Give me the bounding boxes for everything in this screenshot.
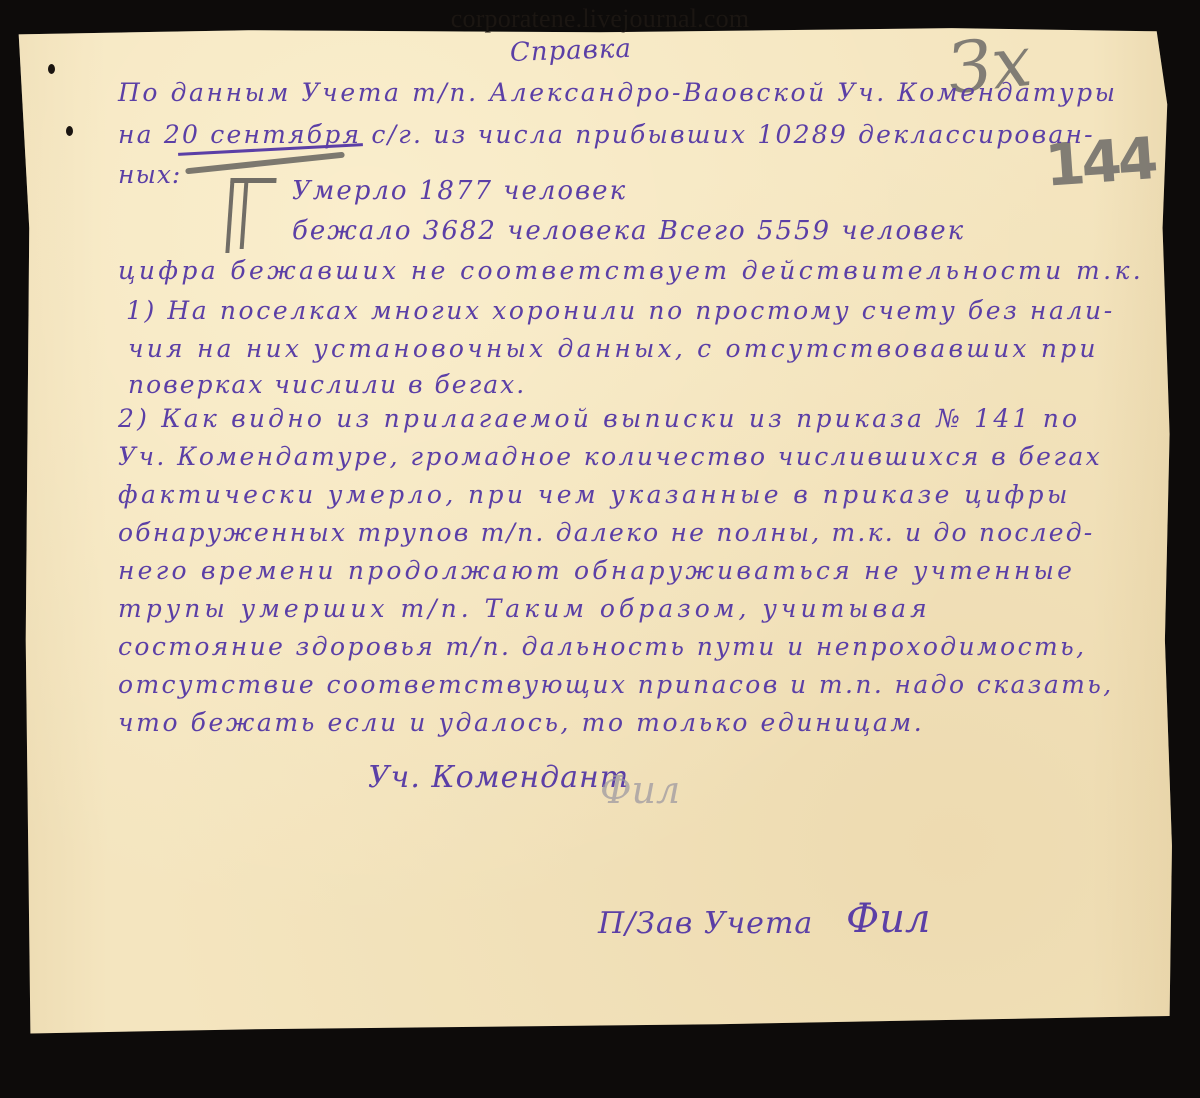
body-line: Уч. Комендатуре, громадное количество чи… [118, 442, 1102, 471]
records-head-label: П/Зав Учета [598, 906, 813, 941]
punch-hole [66, 126, 73, 136]
body-line: ных: [118, 160, 181, 189]
body-line: поверках числили в бегах. [128, 370, 526, 399]
body-line: что бежать если и удалось, то только еди… [118, 708, 924, 737]
commandant-signature: Фил [600, 768, 680, 812]
body-line: цифра бежавших не соответствует действит… [118, 256, 1144, 285]
body-line: трупы умерших т/п. Таким образом, учитыв… [118, 594, 931, 623]
document-title: Справка [509, 34, 632, 68]
body-line: 2) Как видно из прилагаемой выписки из п… [118, 404, 1080, 433]
body-line: чия на них установочных данных, с отсутс… [128, 334, 1099, 363]
punch-hole [48, 64, 55, 74]
body-line: обнаруженных трупов т/п. далеко не полны… [118, 518, 1094, 547]
body-line: на 20 сентября с/г. из числа прибывших 1… [118, 120, 1095, 149]
commandant-label: Уч. Комендант [368, 760, 629, 795]
body-line: бежало 3682 человека Всего 5559 человек [292, 216, 965, 246]
records-head-signature: Фил [846, 896, 930, 942]
body-line: фактически умерло, при чем указанные в п… [118, 480, 1071, 509]
body-line: По данным Учета т/п. Александро-Ваовской… [118, 78, 1118, 107]
body-line: него времени продолжают обнаруживаться н… [118, 556, 1075, 585]
body-line: 1) На поселках многих хоронили по просто… [126, 296, 1115, 325]
body-line: состояние здоровья т/п. дальность пути и… [118, 632, 1086, 661]
body-line: отсутствие соответствующих припасов и т.… [118, 670, 1114, 699]
body-line: Умерло 1877 человек [292, 176, 627, 206]
pencil-bracket-mark [225, 178, 276, 253]
